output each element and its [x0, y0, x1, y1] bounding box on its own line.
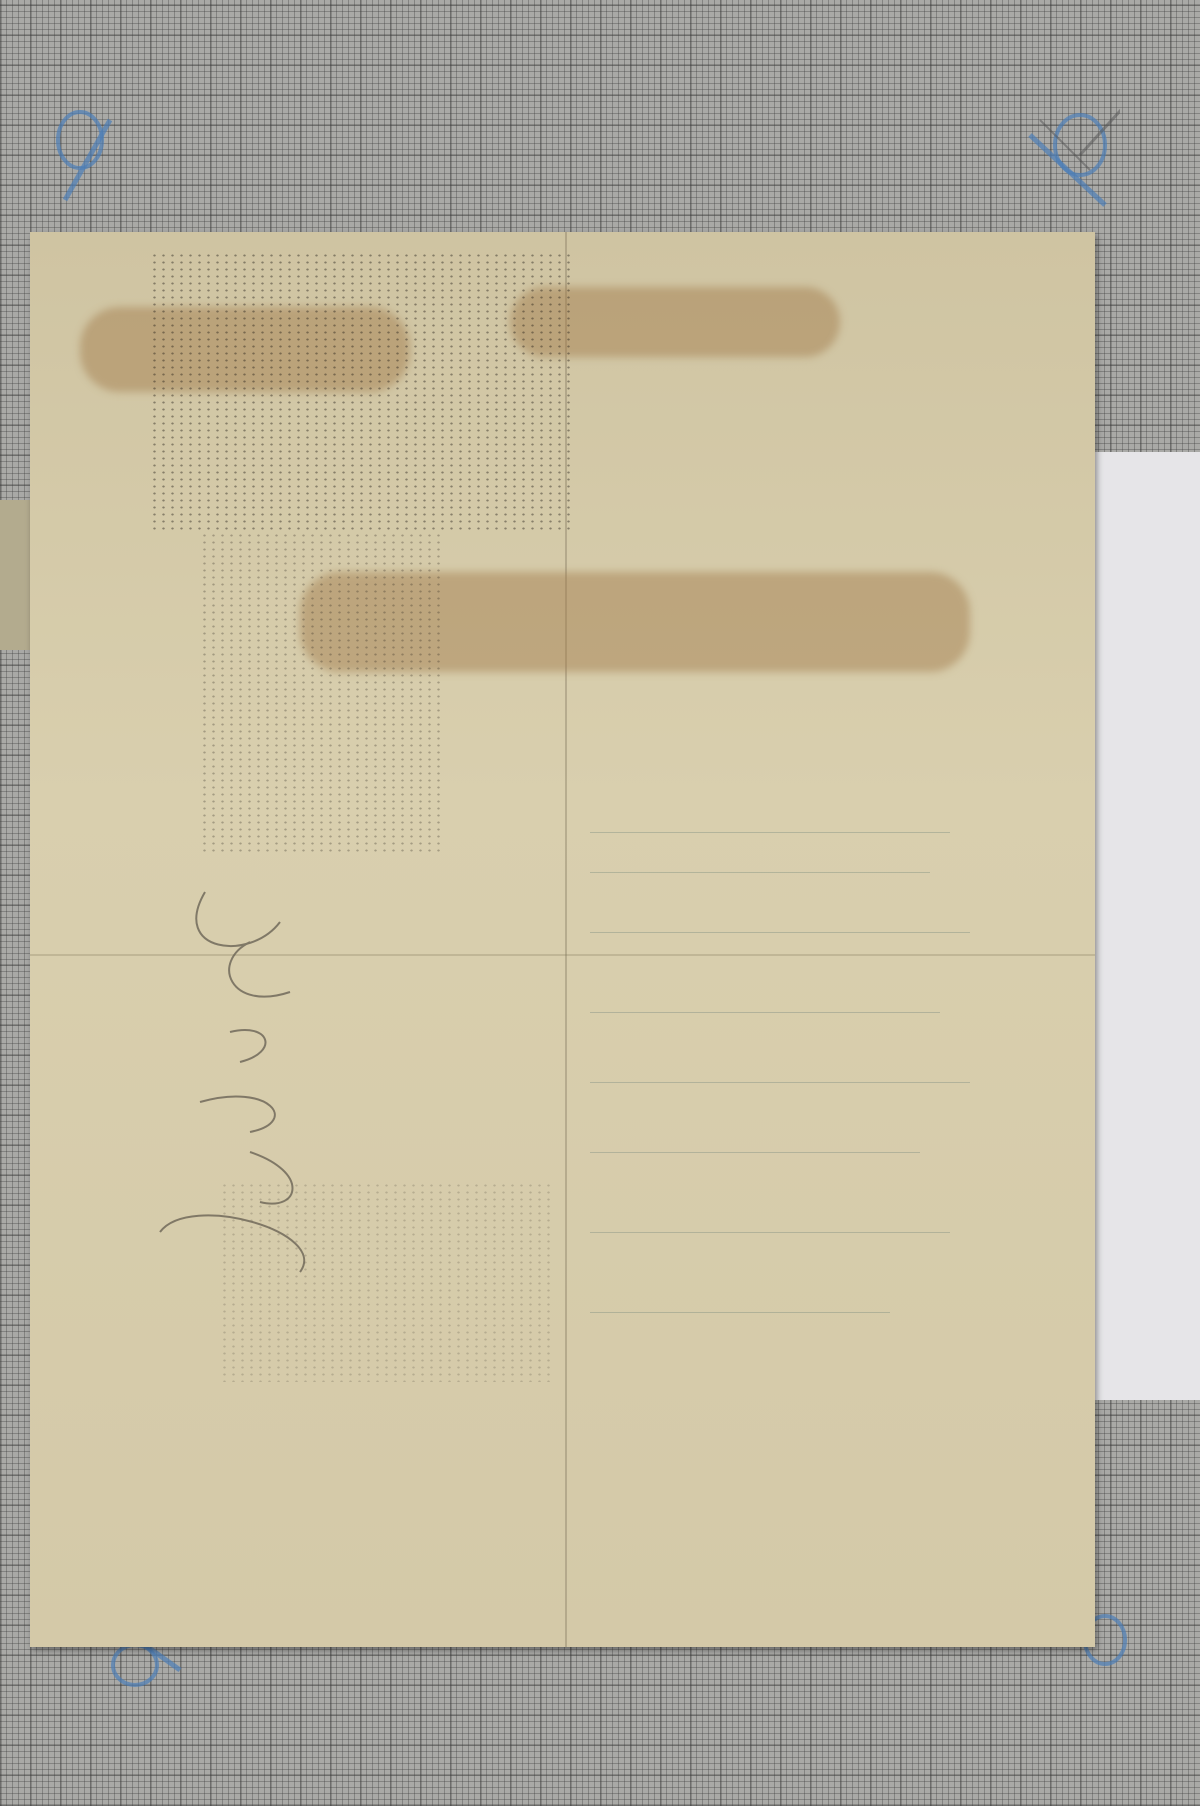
pencil-scrawl-icon [130, 632, 350, 1282]
ink-speckle-area [150, 252, 570, 532]
bleed-through-text [590, 932, 970, 933]
bleed-through-text [590, 1012, 940, 1013]
corner-mark-top-right-icon [1010, 100, 1120, 210]
document-sheet [30, 232, 1095, 1647]
bleed-through-text [590, 1232, 950, 1233]
corner-mark-top-left-icon [40, 100, 130, 210]
corner-mark-bottom-left-icon [95, 1640, 185, 1700]
white-backing-card [1095, 452, 1200, 1400]
bleed-through-text [590, 872, 930, 873]
bleed-through-text [590, 1082, 970, 1083]
bleed-through-text [590, 832, 950, 833]
bleed-through-text [590, 1312, 890, 1313]
bleed-through-text [590, 1152, 920, 1153]
